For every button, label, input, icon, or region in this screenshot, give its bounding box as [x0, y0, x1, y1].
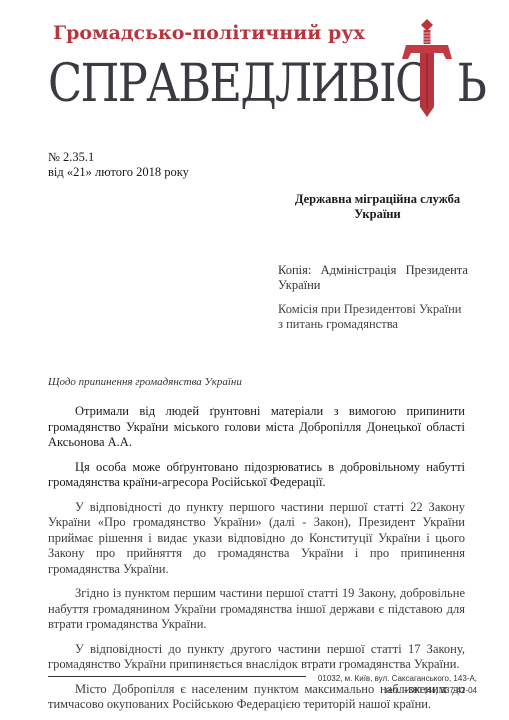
footer-contact: 01032, м. Київ, вул. Саксаганського, 143…: [318, 673, 477, 697]
body-paragraph: У відповідності до пункту першого частин…: [48, 500, 465, 578]
body-paragraph: Ця особа може обґрунтовано підозрюватись…: [48, 460, 465, 491]
body-paragraph: У відповідності до пункту другого частин…: [48, 642, 465, 673]
copy-recipient-2-line-2: з питань громадянства: [278, 317, 468, 332]
copy-recipient-1-line-2: України: [278, 278, 468, 293]
footer-address: 01032, м. Київ, вул. Саксаганського, 143…: [318, 673, 477, 685]
addressee-line-2: України: [285, 207, 470, 222]
copy-recipient-1-word-2: Президента: [406, 263, 468, 278]
footer-phone: тел.: +380 (44) 337-42-04: [318, 685, 477, 697]
body-paragraph: Згідно із пунктом першим частини першої …: [48, 586, 465, 633]
copy-recipient-2-line-1: Комісія при Президентові України: [278, 302, 468, 317]
copy-recipient-1: Копія: Адміністрація Президента України: [278, 263, 468, 293]
addressee: Державна міграційна служба України: [285, 192, 470, 222]
letter-subject: Щодо припинення громадянства України: [48, 376, 242, 388]
copy-label: Копія:: [278, 263, 311, 278]
brand-title-part1: СПРАВЕДЛИВІС: [48, 54, 427, 114]
addressee-line-1: Державна міграційна служба: [285, 192, 470, 207]
document-number: № 2.35.1: [48, 150, 189, 165]
footer-divider: [48, 676, 306, 677]
body-paragraph: Отримали від людей ґрунтовні матеріали з…: [48, 404, 465, 451]
sword-icon: [400, 17, 452, 119]
movement-subtitle: Громадсько-політичний рух: [53, 22, 365, 44]
copy-recipient-1-word-1: Адміністрація: [321, 263, 397, 278]
document-reference: № 2.35.1 від «21» лютого 2018 року: [48, 150, 189, 180]
letterhead: Громадсько-політичний рух СПРАВЕДЛИВІСЬ: [0, 0, 509, 125]
brand-title-part2: Ь: [457, 54, 485, 114]
document-date: від «21» лютого 2018 року: [48, 165, 189, 180]
copy-recipient-2: Комісія при Президентові України з питан…: [278, 302, 468, 332]
